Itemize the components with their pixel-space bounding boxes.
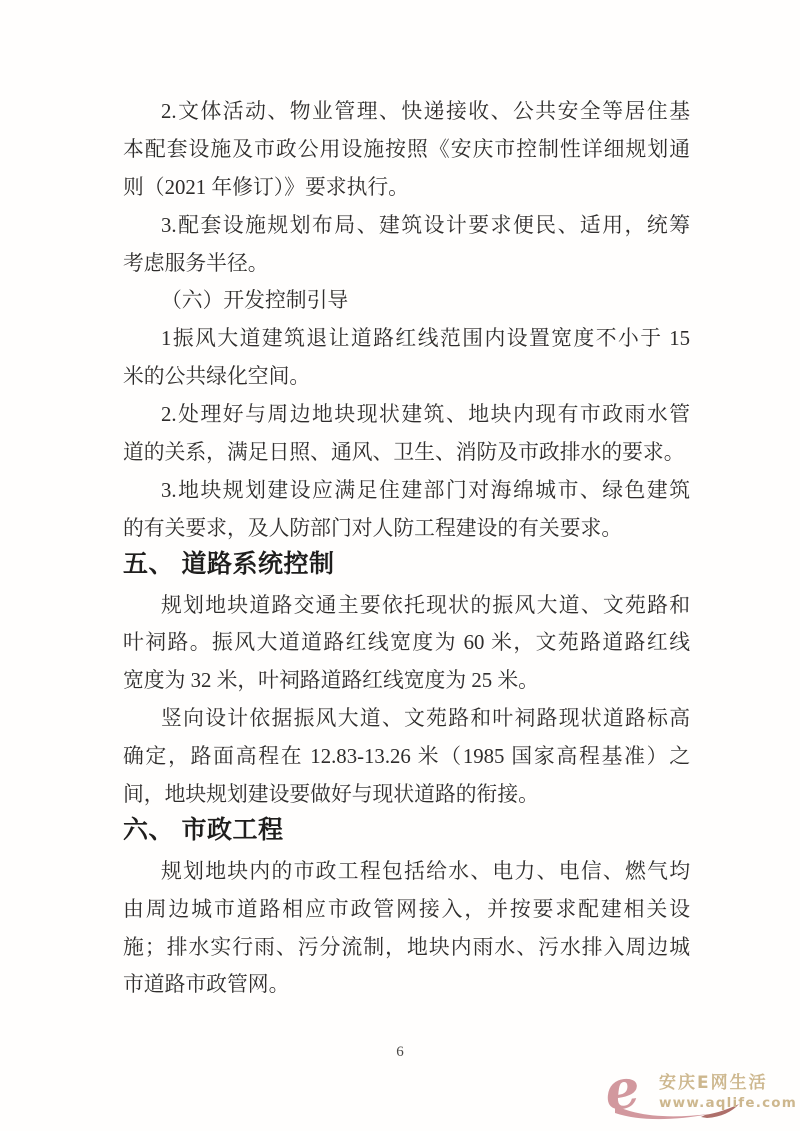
text-line: 六、 市政工程 xyxy=(123,811,690,849)
text-line: （六）开发控制引导 xyxy=(123,282,690,320)
text-line: 确定，路面高程在 12.83-13.26 米（1985 国家高程基准）之 xyxy=(123,738,690,776)
site-watermark: e 安庆E网生活 www.aqlife.com xyxy=(605,1072,795,1122)
text-line: 规划地块内的市政工程包括给水、电力、电信、燃气均 xyxy=(123,853,690,891)
text-line: 施；排水实行雨、污分流制，地块内雨水、污水排入周边城 xyxy=(123,929,690,967)
paragraph: 竖向设计依据振风大道、文苑路和叶祠路现状道路标高确定，路面高程在 12.83-1… xyxy=(123,700,690,814)
section-heading: 六、 市政工程 xyxy=(123,811,690,849)
text-line: 米的公共绿化空间。 xyxy=(123,358,690,396)
text-line: 由周边城市道路相应市政管网接入，并按要求配建相关设 xyxy=(123,891,690,929)
text-line: 考虑服务半径。 xyxy=(123,245,690,283)
text-line: 则（2021 年修订）》要求执行。 xyxy=(123,169,690,207)
paragraph: 规划地块内的市政工程包括给水、电力、电信、燃气均由周边城市道路相应市政管网接入，… xyxy=(123,853,690,1005)
text-line: 3.配套设施规划布局、建筑设计要求便民、适用，统筹 xyxy=(123,207,690,245)
text-line: 2.处理好与周边地块现状建筑、地块内现有市政雨水管 xyxy=(123,396,690,434)
paragraph: 2.处理好与周边地块现状建筑、地块内现有市政雨水管道的关系，满足日照、通风、卫生… xyxy=(123,396,690,472)
watermark-site-name: 安庆E网生活 xyxy=(659,1074,797,1092)
text-line: 3.地块规划建设应满足住建部门对海绵城市、绿色建筑 xyxy=(123,472,690,510)
text-line: 的有关要求，及人防部门对人防工程建设的有关要求。 xyxy=(123,510,690,548)
document-body: 2.文体活动、物业管理、快递接收、公共安全等居住基本配套设施及市政公用设施按照《… xyxy=(123,93,690,1004)
paragraph: 2.文体活动、物业管理、快递接收、公共安全等居住基本配套设施及市政公用设施按照《… xyxy=(123,93,690,207)
paragraph: 3.配套设施规划布局、建筑设计要求便民、适用，统筹考虑服务半径。 xyxy=(123,207,690,283)
text-line: 1振风大道建筑退让道路红线范围内设置宽度不小于 15 xyxy=(123,320,690,358)
section-heading: 五、 道路系统控制 xyxy=(123,545,690,583)
text-line: 本配套设施及市政公用设施按照《安庆市控制性详细规划通 xyxy=(123,131,690,169)
text-line: 间，地块规划建设要做好与现状道路的衔接。 xyxy=(123,776,690,814)
text-line: 五、 道路系统控制 xyxy=(123,545,690,583)
text-line: 宽度为 32 米，叶祠路道路红线宽度为 25 米。 xyxy=(123,662,690,700)
text-line: 市道路市政管网。 xyxy=(123,966,690,1004)
paragraph: 1振风大道建筑退让道路红线范围内设置宽度不小于 15米的公共绿化空间。 xyxy=(123,320,690,396)
text-line: 叶祠路。振风大道道路红线宽度为 60 米，文苑路道路红线 xyxy=(123,624,690,662)
text-line: 2.文体活动、物业管理、快递接收、公共安全等居住基 xyxy=(123,93,690,131)
text-line: 竖向设计依据振风大道、文苑路和叶祠路现状道路标高 xyxy=(123,700,690,738)
paragraph: 3.地块规划建设应满足住建部门对海绵城市、绿色建筑的有关要求，及人防部门对人防工… xyxy=(123,472,690,548)
paragraph: 规划地块道路交通主要依托现状的振风大道、文苑路和叶祠路。振风大道道路红线宽度为 … xyxy=(123,587,690,701)
text-line: 道的关系，满足日照、通风、卫生、消防及市政排水的要求。 xyxy=(123,434,690,472)
page-number: 6 xyxy=(0,1044,800,1061)
watermark-text: 安庆E网生活 www.aqlife.com xyxy=(659,1074,797,1110)
watermark-site-url: www.aqlife.com xyxy=(659,1096,797,1110)
document-page: 2.文体活动、物业管理、快递接收、公共安全等居住基本配套设施及市政公用设施按照《… xyxy=(0,0,800,1131)
text-line: 规划地块道路交通主要依托现状的振风大道、文苑路和 xyxy=(123,587,690,625)
paragraph: （六）开发控制引导 xyxy=(123,282,690,320)
